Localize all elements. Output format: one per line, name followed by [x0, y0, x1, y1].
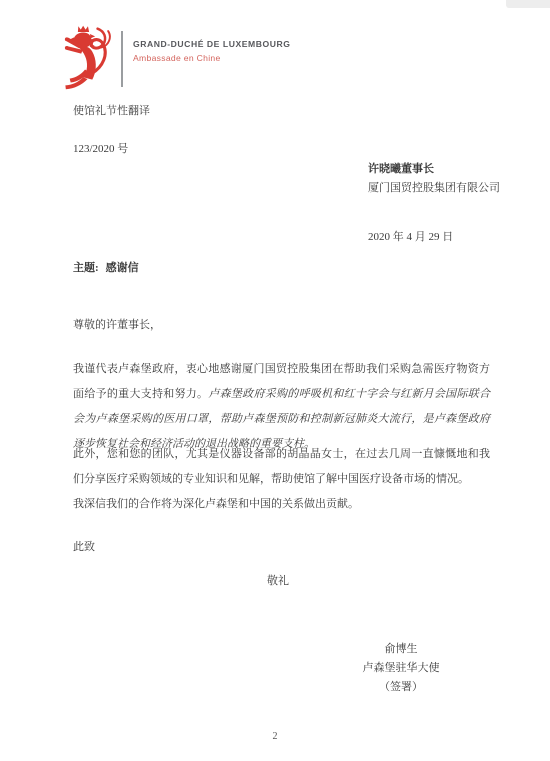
org-name: GRAND-DUCHÉ DE LUXEMBOURG — [133, 39, 290, 49]
subject-label: 主题: — [73, 262, 99, 274]
subject-line: 主题:感谢信 — [73, 261, 139, 275]
letterhead-divider — [121, 31, 123, 87]
page-number: 2 — [0, 731, 550, 742]
recipient-company: 厦门国贸控股集团有限公司 — [368, 179, 500, 198]
recipient-name: 许晓曦董事长 — [368, 160, 500, 179]
signature-block: 俞博生 卢森堡驻华大使 （签署） — [330, 640, 472, 697]
salutation: 尊敬的许董事长， — [73, 318, 161, 332]
paragraph-2: 此外，您和您的团队，尤其是仪器设备部的胡晶晶女士，在过去几周一直慷慨地和我们分享… — [73, 442, 490, 492]
subject-value: 感谢信 — [106, 262, 139, 274]
signer-title: 卢森堡驻华大使 — [330, 659, 472, 678]
recipient-block: 许晓曦董事长 厦门国贸控股集团有限公司 — [368, 160, 500, 197]
scan-artifact — [506, 0, 550, 8]
letter-page: GRAND-DUCHÉ DE LUXEMBOURG Ambassade en C… — [0, 0, 550, 761]
luxembourg-lion-icon — [62, 25, 112, 91]
translation-note: 使馆礼节性翻译 — [73, 104, 150, 118]
closing-jingli: 敬礼 — [267, 574, 289, 588]
paragraph-3: 我深信我们的合作将为深化卢森堡和中国的关系做出贡献。 — [73, 492, 490, 517]
letter-date: 2020 年 4 月 29 日 — [368, 230, 453, 244]
signer-name: 俞博生 — [330, 640, 472, 659]
reference-number: 123/2020 号 — [73, 142, 128, 156]
org-subtitle: Ambassade en Chine — [133, 53, 221, 63]
closing-cizhi: 此致 — [73, 540, 95, 554]
signed-note: （签署） — [330, 678, 472, 697]
